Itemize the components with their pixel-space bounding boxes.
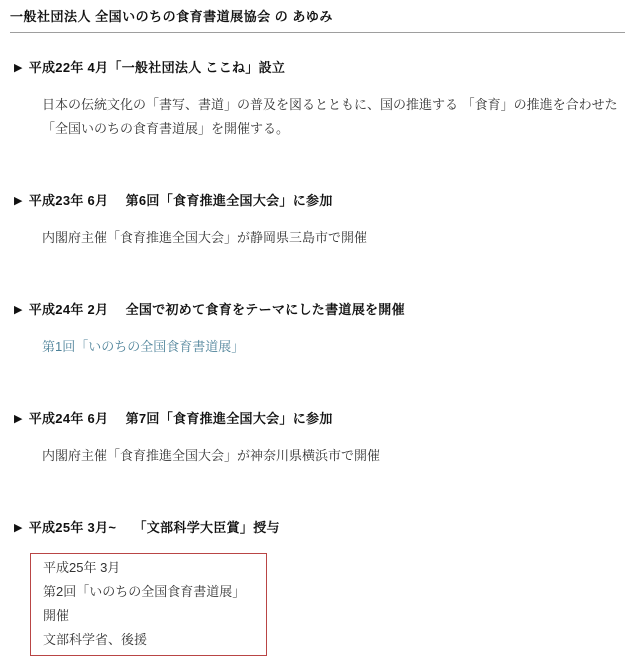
timeline-entry-7th-conference: ▶ 平成24年 6月 第7回「食育推進全国大会」に参加 内閣府主催「食育推進全国…	[10, 411, 625, 468]
entry-heading-text: 平成24年 2月 全国で初めて食育をテーマにした書道展を開催	[29, 302, 405, 317]
timeline-entry-6th-conference: ▶ 平成23年 6月 第6回「食育推進全国大会」に参加 内閣府主催「食育推進全国…	[10, 193, 625, 250]
entry-heading: ▶ 平成22年 4月「一般社団法人 ここね」設立	[14, 60, 625, 77]
title-divider	[10, 32, 625, 33]
timeline-entry-minister-award: ▶ 平成25年 3月~ 「文部科学大臣賞」授与 平成25年 3月 第2回「いのち…	[10, 520, 625, 656]
bullet-arrow-icon: ▶	[14, 302, 23, 318]
bullet-arrow-icon: ▶	[14, 193, 23, 209]
bullet-arrow-icon: ▶	[14, 60, 23, 76]
entry-body-line: 内閣府主催「食育推進全国大会」が神奈川県横浜市で開催	[42, 444, 625, 468]
entry-heading-text: 平成23年 6月 第6回「食育推進全国大会」に参加	[29, 193, 333, 208]
highlight-box-line: 文部科学省、後援	[43, 628, 256, 652]
entry-heading: ▶ 平成24年 6月 第7回「食育推進全国大会」に参加	[14, 411, 625, 428]
entry-heading: ▶ 平成25年 3月~ 「文部科学大臣賞」授与	[14, 520, 625, 537]
timeline-entry-first-exhibition: ▶ 平成24年 2月 全国で初めて食育をテーマにした書道展を開催 第1回「いのち…	[10, 302, 625, 359]
entry-body: 第1回「いのちの全国食育書道展」	[42, 335, 625, 359]
bullet-arrow-icon: ▶	[14, 520, 23, 536]
award-highlight-box: 平成25年 3月 第2回「いのちの全国食育書道展」開催 文部科学省、後援	[30, 553, 267, 656]
exhibition-link[interactable]: 第1回「いのちの全国食育書道展」	[42, 335, 244, 359]
entry-heading: ▶ 平成24年 2月 全国で初めて食育をテーマにした書道展を開催	[14, 302, 625, 319]
entry-heading: ▶ 平成23年 6月 第6回「食育推進全国大会」に参加	[14, 193, 625, 210]
bullet-arrow-icon: ▶	[14, 411, 23, 427]
entry-body: 日本の伝統文化の「書写、書道」の普及を図るとともに、国の推進する 「食育」の推進…	[42, 93, 625, 141]
entry-heading-text: 平成22年 4月「一般社団法人 ここね」設立	[29, 60, 286, 75]
entry-body-line: 内閣府主催「食育推進全国大会」が静岡県三島市で開催	[42, 226, 625, 250]
entry-body-line: 「全国いのちの食育書道展」を開催する。	[42, 117, 625, 141]
timeline-entry-founding: ▶ 平成22年 4月「一般社団法人 ここね」設立 日本の伝統文化の「書写、書道」…	[10, 60, 625, 141]
entry-heading-text: 平成25年 3月~ 「文部科学大臣賞」授与	[29, 520, 280, 535]
highlight-box-line: 平成25年 3月	[43, 556, 256, 580]
highlight-box-line: 第2回「いのちの全国食育書道展」開催	[43, 580, 256, 628]
entry-heading-text: 平成24年 6月 第7回「食育推進全国大会」に参加	[29, 411, 333, 426]
entry-body-line: 日本の伝統文化の「書写、書道」の普及を図るとともに、国の推進する 「食育」の推進…	[42, 93, 625, 117]
entry-body: 内閣府主催「食育推進全国大会」が神奈川県横浜市で開催	[42, 444, 625, 468]
page-title: 一般社団法人 全国いのちの食育書道展協会 の あゆみ	[10, 9, 625, 24]
entry-body: 内閣府主催「食育推進全国大会」が静岡県三島市で開催	[42, 226, 625, 250]
history-page: 一般社団法人 全国いのちの食育書道展協会 の あゆみ ▶ 平成22年 4月「一般…	[0, 0, 630, 662]
